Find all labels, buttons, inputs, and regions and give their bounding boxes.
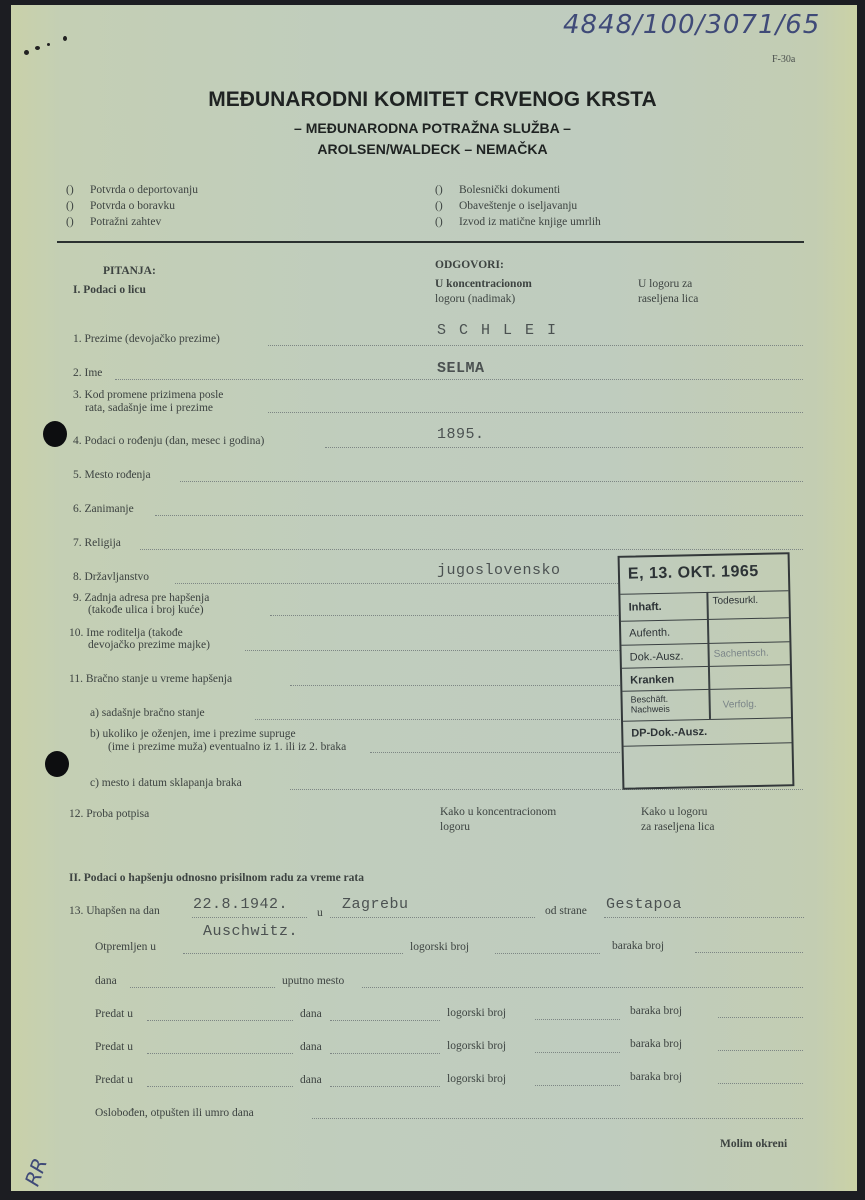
transfer-to-label: Predat u [95, 1041, 133, 1053]
ink-speck [35, 46, 40, 50]
answer-column-camp: U koncentracionom logoru (nadimak) [435, 277, 532, 307]
transfer-to-field[interactable] [147, 1053, 293, 1054]
answer-column-dp: U logoru za raseljena lica [638, 277, 698, 307]
stamp-row-label: Inhaft. [629, 601, 662, 614]
marital-status-label: 11. Bračno stanje u vreme hapšenja [69, 673, 232, 685]
turn-over-note: Molim okreni [720, 1138, 787, 1150]
stamp-row-label: Aufenth. [629, 627, 670, 640]
name-change-field[interactable] [268, 412, 803, 413]
transfer-to-field[interactable] [147, 1020, 293, 1021]
birth-date-value: 1895. [437, 426, 485, 443]
religion-field[interactable] [140, 549, 803, 550]
parents-label: 10. Ime roditelja (takođe devojačko prez… [69, 627, 210, 651]
arrest-date-value: 22.8.1942. [193, 896, 288, 913]
checkbox-option[interactable]: ()Potražni zahtev [66, 216, 198, 232]
sent-date-label: dana [95, 975, 117, 987]
transfer-to-label: Predat u [95, 1008, 133, 1020]
barrack-number-field[interactable] [695, 952, 803, 953]
receipt-stamp: E, 13. OKT. 1965 Inhaft. Todesurkl. Aufe… [618, 552, 795, 790]
spouse-field[interactable] [370, 752, 620, 753]
birth-date-label: 4. Podaci o rođenju (dan, mesec i godina… [73, 435, 264, 447]
document-title: MEĐUNARODNI KOMITET CRVENOG KRSTA [0, 88, 865, 112]
surname-label: 1. Prezime (devojačko prezime) [73, 333, 220, 345]
answers-header: ODGOVORI: [435, 259, 504, 271]
last-address-label: 9. Zadnja adresa pre hapšenja (takođe ul… [73, 592, 209, 616]
last-address-field[interactable] [270, 615, 620, 616]
occupation-label: 6. Zanimanje [73, 503, 134, 515]
transfer-date-field[interactable] [330, 1086, 440, 1087]
request-types-right: ()Bolesnički dokumenti ()Obaveštenje o i… [435, 184, 601, 232]
marriage-place-date-field[interactable] [290, 789, 803, 790]
checkbox-option[interactable]: ()Potvrda o boravku [66, 200, 198, 216]
name-change-label: 3. Kod promene prizimena posle rata, sad… [73, 389, 223, 415]
transfer-to-field[interactable] [147, 1086, 293, 1087]
transfer-date-label: dana [300, 1008, 322, 1020]
released-label: Oslobođen, otpušten ili umro dana [95, 1107, 254, 1119]
signature-label: 12. Proba potpisa [69, 808, 149, 820]
stamp-row-value: Todesurkl. [712, 595, 758, 607]
transfer-date-field[interactable] [330, 1053, 440, 1054]
sent-to-label: Otpremljen u [95, 941, 156, 953]
citizenship-value: jugoslovensko [437, 562, 561, 579]
transfer-barrack-label: baraka broj [630, 1038, 682, 1050]
birth-place-label: 5. Mesto rođenja [73, 469, 151, 481]
arrest-place-label: u [317, 907, 323, 919]
arrest-date-field[interactable] [192, 917, 307, 918]
section-1-heading: I. Podaci o licu [73, 284, 146, 296]
transfer-barrack-label: baraka broj [630, 1071, 682, 1083]
citizenship-label: 8. Državljanstvo [73, 571, 149, 583]
arrested-by-label: od strane [545, 905, 587, 917]
transfer-date-label: dana [300, 1074, 322, 1086]
checkbox-option[interactable]: ()Bolesnički dokumenti [435, 184, 601, 200]
religion-label: 7. Religija [73, 537, 121, 549]
request-types-left: ()Potvrda o deportovanju ()Potvrda o bor… [66, 184, 198, 232]
checkbox-option[interactable]: ()Obaveštenje o iseljavanju [435, 200, 601, 216]
transfer-barrack-field[interactable] [718, 1083, 803, 1084]
first-name-label: 2. Ime [73, 367, 102, 379]
punch-hole-bottom [45, 751, 69, 777]
marriage-place-date-label: c) mesto i datum sklapanja braka [90, 777, 242, 789]
surname-field[interactable] [268, 345, 803, 346]
checkbox-option[interactable]: ()Potvrda o deportovanju [66, 184, 198, 200]
transfer-camp-number-label: logorski broj [447, 1007, 506, 1019]
camp-number-label: logorski broj [410, 941, 469, 953]
stamp-row-value: Verfolg. [723, 699, 757, 711]
marital-current-field[interactable] [255, 719, 620, 720]
signature-column-dp: Kako u logoru za raseljena lica [641, 805, 714, 835]
document-subtitle: – MEĐUNARODNA POTRAŽNA SLUŽBA – [0, 120, 865, 136]
transfer-to-label: Predat u [95, 1074, 133, 1086]
form-code: F-30a [772, 54, 795, 65]
marital-status-field[interactable] [290, 685, 620, 686]
marital-current-label: a) sadašnje bračno stanje [90, 707, 205, 719]
birth-date-field[interactable] [325, 447, 803, 448]
questions-header: PITANJA: [103, 265, 156, 277]
sent-date-field[interactable] [130, 987, 275, 988]
birth-place-field[interactable] [180, 481, 803, 482]
handwritten-reference-number: 4848/100/3071/65 [563, 10, 820, 40]
header-divider [57, 241, 804, 243]
ink-speck [63, 36, 67, 41]
stamp-row-label: DP-Dok.-Ausz. [631, 726, 707, 740]
arrested-by-field[interactable] [604, 917, 804, 918]
transfer-camp-number-field[interactable] [535, 1019, 620, 1020]
stamp-row-label: Kranken [630, 674, 674, 687]
section-2-heading: II. Podaci o hapšenju odnosno prisilnom … [69, 872, 364, 884]
destination-label: uputno mesto [282, 975, 344, 987]
sent-to-field[interactable] [183, 953, 403, 954]
barrack-number-label: baraka broj [612, 940, 664, 952]
first-name-value: SELMA [437, 360, 485, 377]
transfer-barrack-field[interactable] [718, 1017, 803, 1018]
transfer-camp-number-field[interactable] [535, 1052, 620, 1053]
stamp-row-label: Beschäft. Nachweis [630, 693, 700, 714]
camp-number-field[interactable] [495, 953, 600, 954]
document-location: AROLSEN/WALDECK – NEMAČKA [0, 141, 865, 157]
transfer-date-label: dana [300, 1041, 322, 1053]
released-field[interactable] [312, 1118, 803, 1119]
sent-to-value: Auschwitz. [203, 923, 298, 940]
transfer-camp-number-label: logorski broj [447, 1040, 506, 1052]
destination-field[interactable] [362, 987, 803, 988]
arrest-place-value: Zagrebu [342, 896, 409, 913]
transfer-camp-number-field[interactable] [535, 1085, 620, 1086]
stamp-row-label: Dok.-Ausz. [630, 650, 684, 663]
punch-hole-top [43, 421, 67, 447]
checkbox-option[interactable]: ()Izvod iz matične knjige umrlih [435, 216, 601, 232]
transfer-barrack-label: baraka broj [630, 1005, 682, 1017]
transfer-barrack-field[interactable] [718, 1050, 803, 1051]
arrest-place-field[interactable] [330, 917, 535, 918]
arrest-date-label: 13. Uhapšen na dan [69, 905, 160, 917]
arrested-by-value: Gestapoa [606, 896, 682, 913]
first-name-field[interactable] [115, 379, 803, 380]
transfer-date-field[interactable] [330, 1020, 440, 1021]
ink-speck [24, 50, 29, 55]
transfer-camp-number-label: logorski broj [447, 1073, 506, 1085]
stamp-date: E, 13. OKT. 1965 [628, 563, 759, 584]
citizenship-field[interactable] [175, 583, 620, 584]
signature-column-camp: Kako u koncentracionom logoru [440, 805, 556, 835]
occupation-field[interactable] [155, 515, 803, 516]
surname-value: S C H L E I [437, 322, 558, 339]
ink-speck [47, 43, 50, 46]
stamp-row-value: Sachentsch. [714, 648, 769, 660]
parents-field[interactable] [245, 650, 620, 651]
spouse-label: b) ukoliko je oženjen, ime i prezime sup… [90, 728, 346, 754]
